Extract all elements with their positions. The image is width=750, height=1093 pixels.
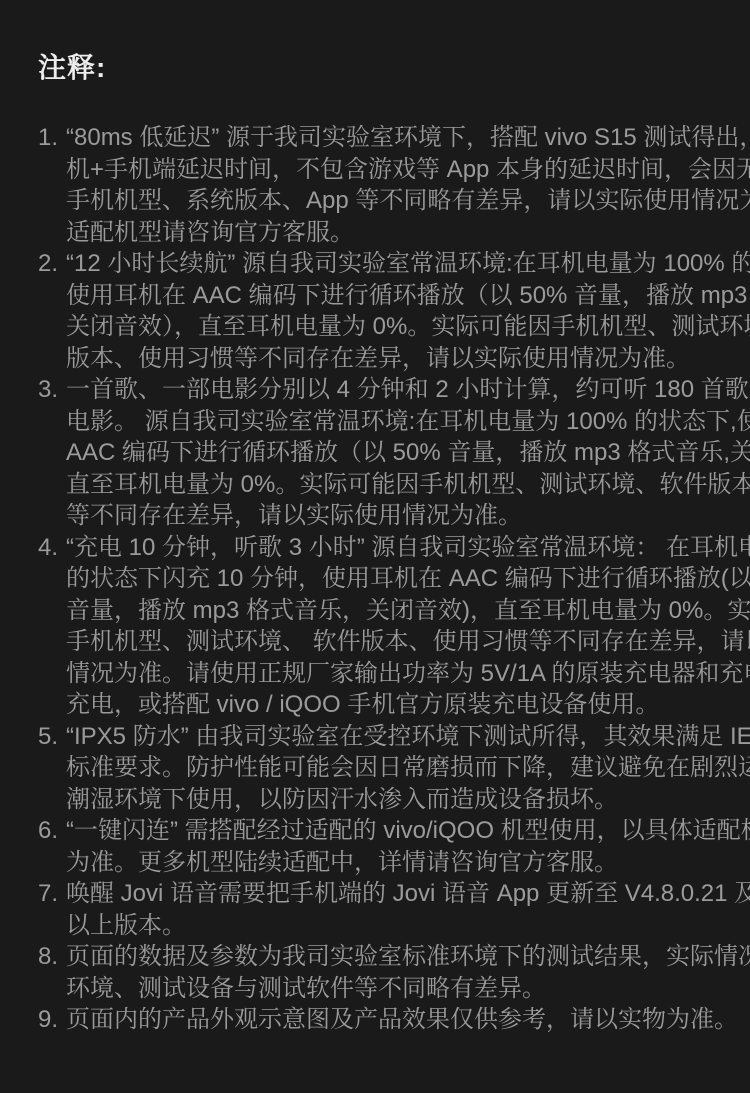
note-line: 唤醒 Jovi 语音需要把手机端的 Jovi 语音 App 更新至 V4.8.0… [66,878,724,910]
note-line: 版本、使用习惯等不同存在差异，请以实际使用情况为准。 [66,343,724,375]
note-text: “充电 10 分钟，听歌 3 小时” 源自我司实验室常温环境： 在耳机电量为 0… [66,532,724,721]
note-item: 3. 一首歌、一部电影分别以 4 分钟和 2 小时计算，约可听 180 首歌或看… [38,374,724,532]
note-number: 3. [38,374,66,406]
note-line: 适配机型请咨询官方客服。 [66,217,724,249]
note-number: 9. [38,1004,66,1036]
note-line: “80ms 低延迟” 源于我司实验室环境下，搭配 vivo S15 测试得出，包… [66,122,724,154]
note-text: 唤醒 Jovi 语音需要把手机端的 Jovi 语音 App 更新至 V4.8.0… [66,878,724,941]
note-line: 手机机型、系统版本、App 等不同略有差异，请以实际使用情况为准，具体 [66,185,724,217]
note-line: 页面的数据及参数为我司实验室标准环境下的测试结果，实际情况会因测试 [66,941,724,973]
note-text: “IPX5 防水” 由我司实验室在受控环境下测试所得，其效果满足 IEC6052… [66,721,724,816]
note-item: 9. 页面内的产品外观示意图及产品效果仅供参考，请以实物为准。 [38,1004,724,1036]
note-number: 2. [38,248,66,280]
note-item: 8. 页面的数据及参数为我司实验室标准环境下的测试结果，实际情况会因测试环境、测… [38,941,724,1004]
note-number: 6. [38,815,66,847]
note-line: 电影。 源自我司实验室常温环境:在耳机电量为 100% 的状态下,使用耳机在 [66,406,724,438]
note-line: 潮湿环境下使用，以防因汗水渗入而造成设备损坏。 [66,784,724,816]
notes-page: 注释: 1. “80ms 低延迟” 源于我司实验室环境下，搭配 vivo S15… [0,0,750,1093]
note-text: 页面的数据及参数为我司实验室标准环境下的测试结果，实际情况会因测试环境、测试设备… [66,941,724,1004]
note-line: 情况为准。请使用正规厂家输出功率为 5V/1A 的原装充电器和充电线进行 [66,658,724,690]
note-line: 环境、测试设备与测试软件等不同略有差异。 [66,973,724,1005]
note-line: 标准要求。防护性能可能会因日常磨损而下降，建议避免在剧烈运动时或过于 [66,752,724,784]
note-line: “12 小时长续航” 源自我司实验室常温环境:在耳机电量为 100% 的状态下， [66,248,724,280]
note-item: 4. “充电 10 分钟，听歌 3 小时” 源自我司实验室常温环境： 在耳机电量… [38,532,724,721]
note-text: “12 小时长续航” 源自我司实验室常温环境:在耳机电量为 100% 的状态下，… [66,248,724,374]
note-text: 一首歌、一部电影分别以 4 分钟和 2 小时计算，约可听 180 首歌或看 6 … [66,374,724,532]
note-line: 的状态下闪充 10 分钟，使用耳机在 AAC 编码下进行循环播放(以 50% [66,563,724,595]
note-text: 页面内的产品外观示意图及产品效果仅供参考，请以实物为准。 [66,1004,724,1036]
note-line: 一首歌、一部电影分别以 4 分钟和 2 小时计算，约可听 180 首歌或看 6 … [66,374,724,406]
note-number: 5. [38,721,66,753]
note-item: 2. “12 小时长续航” 源自我司实验室常温环境:在耳机电量为 100% 的状… [38,248,724,374]
note-line: 手机机型、测试环境、 软件版本、使用习惯等不同存在差异，请以实际使用 [66,626,724,658]
notes-list: 1. “80ms 低延迟” 源于我司实验室环境下，搭配 vivo S15 测试得… [38,122,724,1036]
note-line: “充电 10 分钟，听歌 3 小时” 源自我司实验室常温环境： 在耳机电量为 0… [66,532,724,564]
note-item: 1. “80ms 低延迟” 源于我司实验室环境下，搭配 vivo S15 测试得… [38,122,724,248]
note-number: 8. [38,941,66,973]
note-line: 关闭音效），直至耳机电量为 0%。实际可能因手机机型、测试环境、软件 [66,311,724,343]
note-line: 直至耳机电量为 0%。实际可能因手机机型、测试环境、软件版本、使用习惯 [66,469,724,501]
note-line: 为准。更多机型陆续适配中，详情请咨询官方客服。 [66,847,724,879]
notes-title: 注释: [38,52,724,84]
note-text: “80ms 低延迟” 源于我司实验室环境下，搭配 vivo S15 测试得出，包… [66,122,724,248]
note-number: 4. [38,532,66,564]
note-text: “一键闪连” 需搭配经过适配的 vivo/iQOO 机型使用，以具体适配机型情况… [66,815,724,878]
note-item: 7. 唤醒 Jovi 语音需要把手机端的 Jovi 语音 App 更新至 V4.… [38,878,724,941]
note-line: 机+手机端延迟时间，不包含游戏等 App 本身的延迟时间，会因无线环境、 [66,154,724,186]
note-line: 充电，或搭配 vivo / iQOO 手机官方原装充电设备使用。 [66,689,724,721]
note-line: 使用耳机在 AAC 编码下进行循环播放（以 50% 音量，播放 mp3 格式音乐… [66,280,724,312]
note-item: 5. “IPX5 防水” 由我司实验室在受控环境下测试所得，其效果满足 IEC6… [38,721,724,816]
note-item: 6. “一键闪连” 需搭配经过适配的 vivo/iQOO 机型使用，以具体适配机… [38,815,724,878]
note-line: 音量，播放 mp3 格式音乐，关闭音效)，直至耳机电量为 0%。实际可能因 [66,595,724,627]
note-line: AAC 编码下进行循环播放（以 50% 音量，播放 mp3 格式音乐,关闭音效）… [66,437,724,469]
note-number: 1. [38,122,66,154]
note-line: 页面内的产品外观示意图及产品效果仅供参考，请以实物为准。 [66,1004,724,1036]
note-line: 以上版本。 [66,910,724,942]
note-line: “一键闪连” 需搭配经过适配的 vivo/iQOO 机型使用，以具体适配机型情况 [66,815,724,847]
note-line: “IPX5 防水” 由我司实验室在受控环境下测试所得，其效果满足 IEC6052… [66,721,724,753]
note-number: 7. [38,878,66,910]
note-line: 等不同存在差异，请以实际使用情况为准。 [66,500,724,532]
